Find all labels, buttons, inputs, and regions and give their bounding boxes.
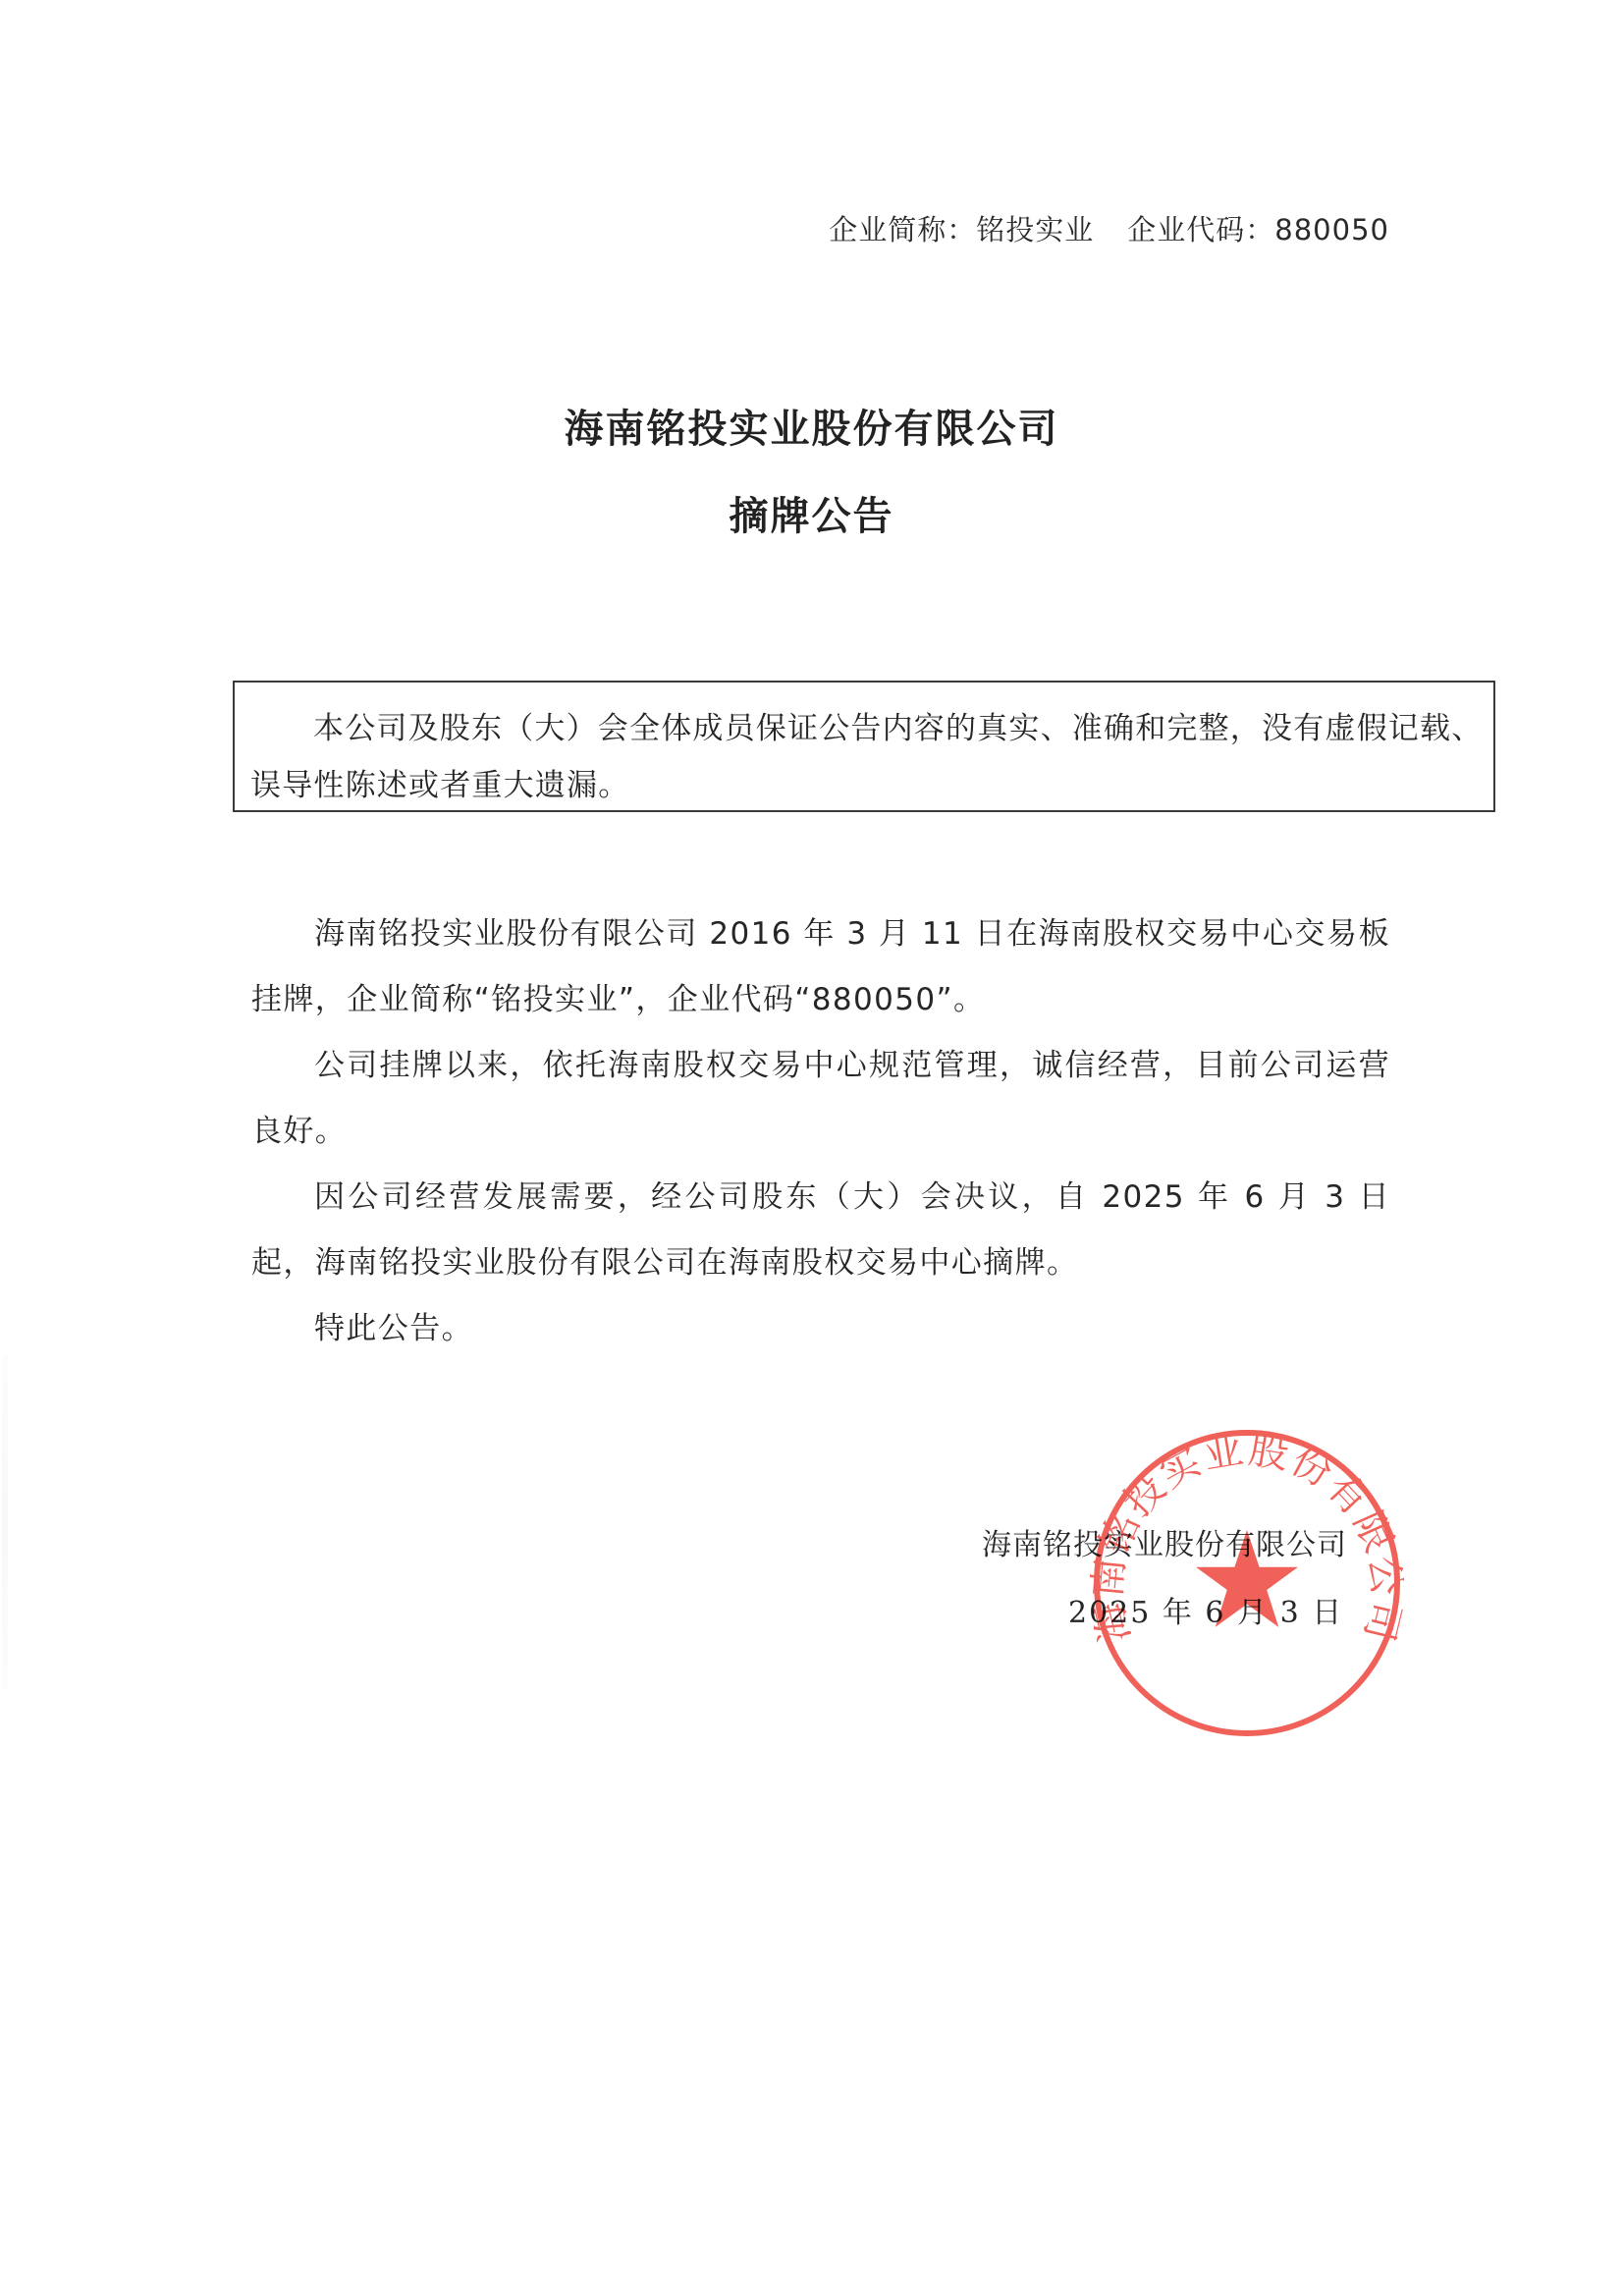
body-paragraph-operations: 公司挂牌以来，依托海南股权交易中心规范管理，诚信经营，目前公司运营良好。 — [251, 1033, 1390, 1165]
body-paragraph-closing: 特此公告。 — [251, 1296, 1390, 1362]
document-page: 企业简称：铭投实业企业代码：880050 海南铭投实业股份有限公司 摘牌公告 本… — [0, 0, 1623, 2296]
disclaimer-box: 本公司及股东（大）会全体成员保证公告内容的真实、准确和完整，没有虚假记载、误导性… — [233, 681, 1495, 812]
code-value: 880050 — [1274, 213, 1389, 246]
body-paragraph-delisting: 因公司经营发展需要，经公司股东（大）会决议，自 2025 年 6 月 3 日起，… — [251, 1165, 1390, 1296]
star-icon — [1196, 1530, 1298, 1627]
disclaimer-text: 本公司及股东（大）会全体成员保证公告内容的真实、准确和完整，没有虚假记载、误导性… — [250, 700, 1484, 814]
announcement-body: 海南铭投实业股份有限公司 2016 年 3 月 11 日在海南股权交易中心交易板… — [251, 902, 1390, 1362]
short-name-value: 铭投实业 — [976, 213, 1094, 246]
company-seal: 海南铭投实业股份有限公司 — [1090, 1426, 1404, 1740]
document-title-company: 海南铭投实业股份有限公司 — [0, 398, 1623, 454]
code-label: 企业代码： — [1127, 213, 1274, 246]
scan-artifact — [2, 1355, 8, 1689]
document-title-type: 摘牌公告 — [0, 485, 1623, 541]
company-identifier-header: 企业简称：铭投实业企业代码：880050 — [829, 208, 1389, 248]
short-name-label: 企业简称： — [829, 213, 976, 246]
body-paragraph-listing: 海南铭投实业股份有限公司 2016 年 3 月 11 日在海南股权交易中心交易板… — [251, 902, 1390, 1033]
